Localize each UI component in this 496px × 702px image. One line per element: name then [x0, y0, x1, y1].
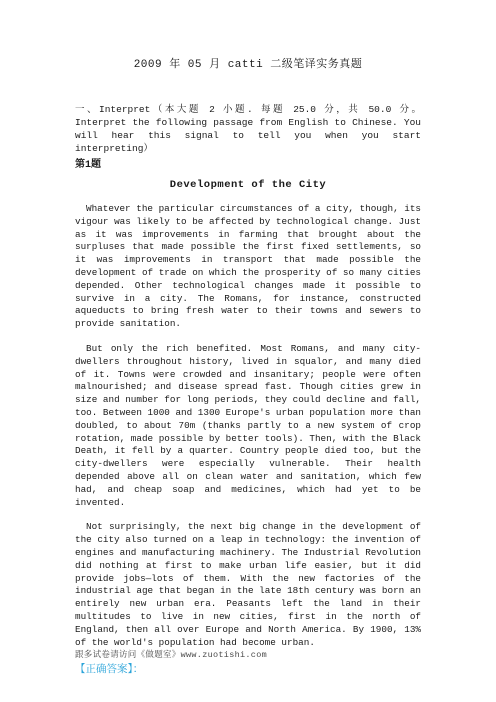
passage-paragraph-1: Whatever the particular circumstances of… [75, 203, 421, 331]
exam-document-page: 2009 年 05 月 catti 二级笔译实务真题 一、Interpret（本… [0, 0, 496, 702]
passage-paragraph-3: Not surprisingly, the next big change in… [75, 521, 421, 649]
footer-source-text: 跟多试卷请访问《做题室》www.zuotishi.com [75, 648, 267, 660]
question-number-label: 第1题 [75, 155, 421, 171]
correct-answer-label: 【正确答案】： [75, 661, 421, 676]
page-title: 2009 年 05 月 catti 二级笔译实务真题 [75, 55, 421, 71]
section-instructions: 一、Interpret（本大题 2 小题. 每题 25.0 分，共 50.0 分… [75, 103, 421, 155]
passage-paragraph-2: But only the rich benefited. Most Romans… [75, 343, 421, 509]
passage-title: Development of the City [75, 179, 421, 191]
